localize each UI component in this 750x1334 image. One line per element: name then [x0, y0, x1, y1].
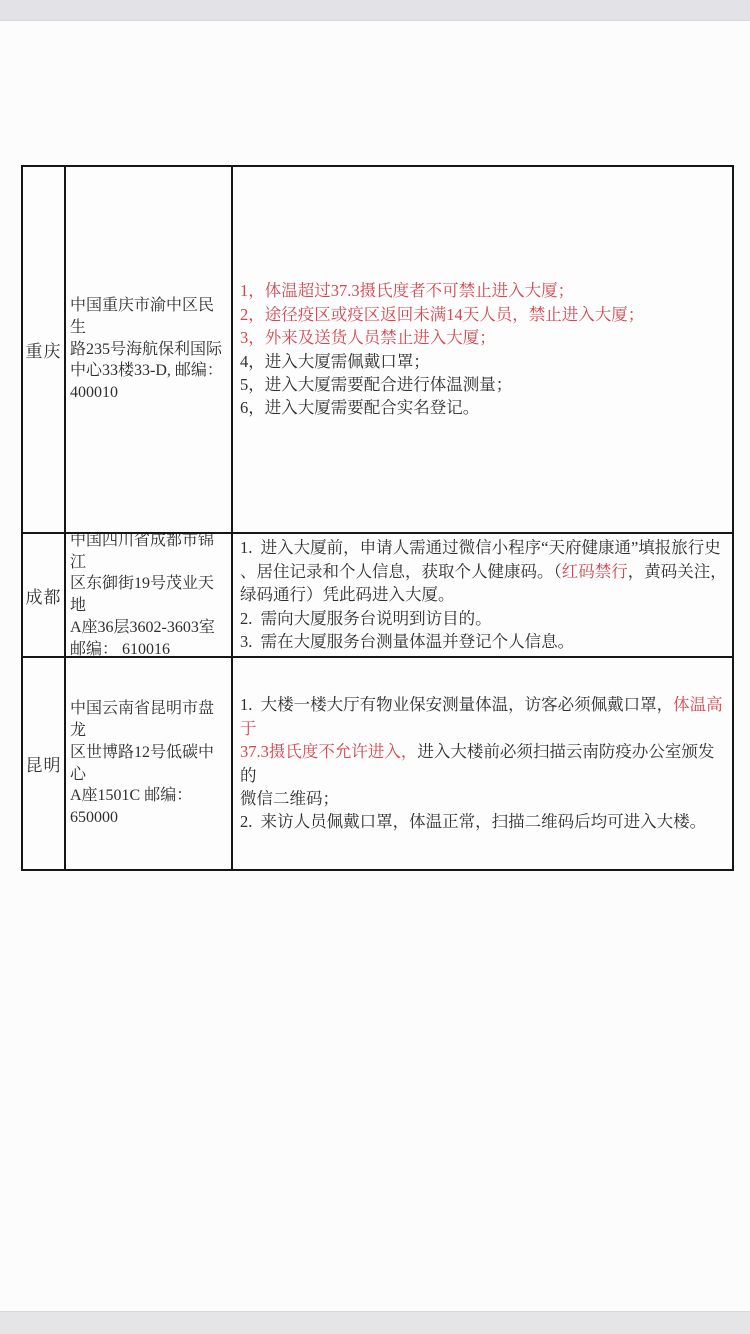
rule-item: 3. 需在大厦服务台测量体温并登记个人信息。	[240, 630, 728, 653]
rule-item: 2. 需向大厦服务台说明到访目的。	[240, 607, 728, 630]
rule-text: 2. 需向大厦服务台说明到访目的。	[240, 609, 492, 628]
city-cell-chongqing: 重庆	[23, 167, 66, 534]
city-cell-kunming: 昆明	[23, 658, 66, 869]
city-cell-chengdu: 成都	[23, 534, 66, 658]
bottom-letterbox-bar	[0, 1311, 750, 1334]
address-cell-chengdu: 中国四川省成都市锦江 区东御街19号茂业天地 A座36层3602-3603室 邮…	[66, 534, 233, 658]
city-entry-rules-table: 重庆 中国重庆市渝中区民生 路235号海航保利国际 中心33楼33-D, 邮编：…	[21, 165, 734, 871]
address-text: 中国重庆市渝中区民生 路235号海航保利国际 中心33楼33-D, 邮编： 40…	[70, 295, 229, 404]
rule-text: 5，进入大厦需要配合进行体温测量；	[240, 375, 512, 394]
rule-item: 2. 来访人员佩戴口罩，体温正常，扫描二维码后均可进入大楼。	[240, 810, 728, 833]
address-text: 中国云南省昆明市盘龙 区世博路12号低碳中心 A座1501C 邮编： 65000…	[70, 698, 229, 829]
rule-text: 6，进入大厦需要配合实名登记。	[240, 398, 479, 417]
rules-cell-chengdu: 1. 进入大厦前，申请人需通过微信小程序“天府健康通”填报旅行史 、居住记录和个…	[233, 534, 732, 658]
rule-item: 1，体温超过37.3摄氏度者不可禁止进入大厦；	[240, 279, 728, 302]
rule-item: 2，途径疫区或疫区返回未满14天人员，禁止进入大厦；	[240, 303, 728, 326]
rule-text: 4，进入大厦需佩戴口罩；	[240, 352, 430, 371]
city-label: 成都	[26, 583, 62, 608]
rule-warning-text: 1，体温超过37.3摄氏度者不可禁止进入大厦；	[240, 281, 574, 300]
address-text: 中国四川省成都市锦江 区东御街19号茂业天地 A座36层3602-3603室 邮…	[70, 534, 229, 658]
rule-text: 3. 需在大厦服务台测量体温并登记个人信息。	[240, 632, 574, 651]
address-cell-kunming: 中国云南省昆明市盘龙 区世博路12号低碳中心 A座1501C 邮编： 65000…	[66, 658, 233, 869]
rule-text: 2. 来访人员佩戴口罩，体温正常，扫描二维码后均可进入大楼。	[240, 812, 706, 831]
rule-item: 5，进入大厦需要配合进行体温测量；	[240, 373, 728, 396]
city-label: 昆明	[26, 751, 62, 776]
rule-warning-text: 红码禁行	[562, 562, 628, 581]
rule-item: 3，外来及送货人员禁止进入大厦；	[240, 326, 728, 349]
city-label: 重庆	[26, 337, 62, 362]
top-letterbox-bar	[0, 0, 750, 21]
rule-warning-text: 3，外来及送货人员禁止进入大厦；	[240, 328, 496, 347]
screenshot-page: { "page": { "background": "#fcfcfd", "to…	[0, 0, 750, 1334]
rule-warning-text: 2，途径疫区或疫区返回未满14天人员，禁止进入大厦；	[240, 305, 644, 324]
rule-item: 1. 大楼一楼大厅有物业保安测量体温，访客必须佩戴口罩，体温高于 37.3摄氏度…	[240, 693, 728, 810]
rule-item: 1. 进入大厦前，申请人需通过微信小程序“天府健康通”填报旅行史 、居住记录和个…	[240, 536, 728, 606]
rule-item: 4，进入大厦需佩戴口罩；	[240, 350, 728, 373]
rules-cell-kunming: 1. 大楼一楼大厅有物业保安测量体温，访客必须佩戴口罩，体温高于 37.3摄氏度…	[233, 658, 732, 869]
address-cell-chongqing: 中国重庆市渝中区民生 路235号海航保利国际 中心33楼33-D, 邮编： 40…	[66, 167, 233, 534]
rule-text: 1. 大楼一楼大厅有物业保安测量体温，访客必须佩戴口罩，	[240, 695, 673, 714]
rules-cell-chongqing: 1，体温超过37.3摄氏度者不可禁止进入大厦；2，途径疫区或疫区返回未满14天人…	[233, 167, 732, 534]
rule-item: 6，进入大厦需要配合实名登记。	[240, 396, 728, 419]
